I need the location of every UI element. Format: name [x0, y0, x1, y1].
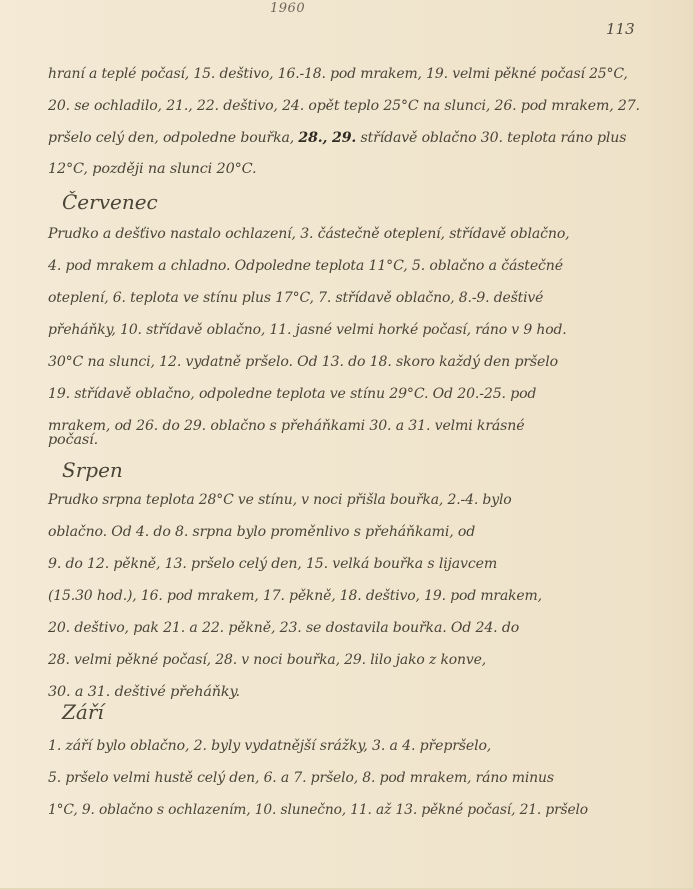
text-line: 28. velmi pěkné počasí, 28. v noci bouřk…	[48, 652, 486, 668]
text-line: Prudko a dešťivo nastalo ochlazení, 3. č…	[48, 226, 570, 242]
manuscript-page: 1960 113 hraní a teplé počasí, 15. dešti…	[0, 0, 695, 890]
text-line: hraní a teplé počasí, 15. deštivo, 16.-1…	[48, 66, 628, 82]
text-line: 1°C, 9. oblačno s ochlazením, 10. sluneč…	[48, 802, 588, 818]
text-line: 5. pršelo velmi hustě celý den, 6. a 7. …	[48, 770, 554, 786]
text-fragment: pršelo celý den, odpoledne bouřka,	[48, 130, 294, 146]
text-line: mrakem, od 26. do 29. oblačno s přeháňka…	[48, 418, 524, 434]
section-heading-july: Červenec	[62, 190, 158, 214]
section-heading-august: Srpen	[62, 458, 123, 482]
text-fragment: střídavě oblačno 30. teplota ráno plus	[361, 130, 627, 146]
text-line: 19. střídavě oblačno, odpoledne teplota …	[48, 386, 536, 402]
text-line: 20. se ochladilo, 21., 22. deštivo, 24. …	[48, 98, 640, 114]
section-heading-september: Září	[62, 700, 104, 724]
page-number: 113	[606, 20, 635, 38]
text-line: 9. do 12. pěkně, 13. pršelo celý den, 15…	[48, 556, 497, 572]
page-year: 1960	[270, 1, 305, 16]
text-line: oteplení, 6. teplota ve stínu plus 17°C,…	[48, 290, 543, 306]
text-line: počasí.	[48, 432, 98, 448]
text-line: (15.30 hod.), 16. pod mrakem, 17. pěkně,…	[48, 588, 542, 604]
text-line: oblačno. Od 4. do 8. srpna bylo proměnli…	[48, 524, 475, 540]
text-line: 1. září bylo oblačno, 2. byly vydatnější…	[48, 738, 491, 754]
text-fragment-bold: 28., 29.	[298, 129, 356, 146]
text-line: 12°C, později na slunci 20°C.	[48, 161, 256, 177]
text-line: 30°C na slunci, 12. vydatně pršelo. Od 1…	[48, 354, 558, 370]
text-line: Prudko srpna teplota 28°C ve stínu, v no…	[48, 492, 512, 508]
text-line: 20. deštivo, pak 21. a 22. pěkně, 23. se…	[48, 620, 519, 636]
text-line: pršelo celý den, odpoledne bouřka, 28., …	[48, 129, 626, 146]
text-line: 4. pod mrakem a chladno. Odpoledne teplo…	[48, 258, 563, 274]
text-line: 30. a 31. deštivé přeháňky.	[48, 684, 240, 700]
text-line: přeháňky, 10. střídavě oblačno, 11. jasn…	[48, 322, 567, 338]
